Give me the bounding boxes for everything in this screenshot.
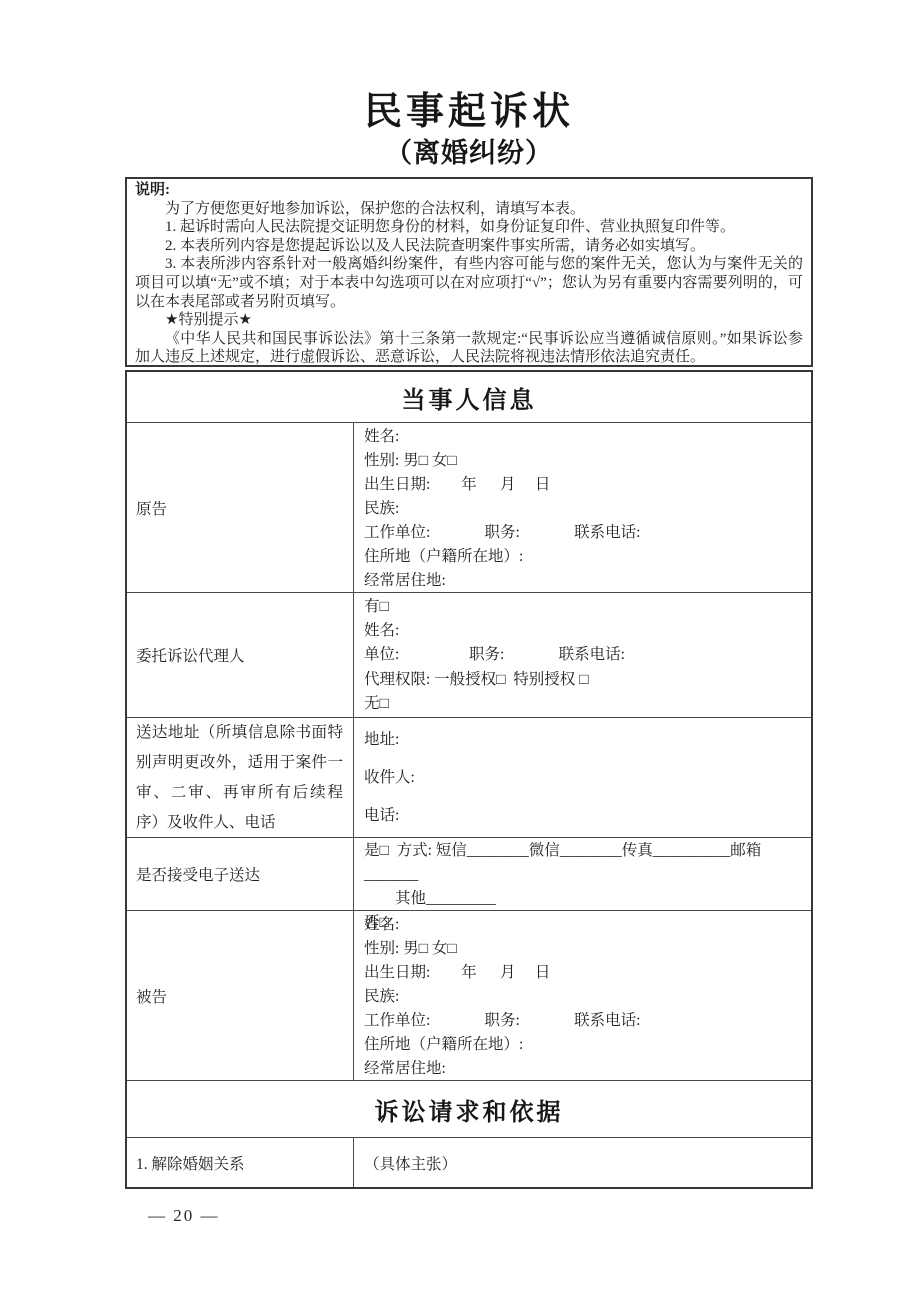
service-address-fields: 地址: 收件人: 电话: (354, 718, 811, 837)
claim-1-fields: （具体主张） (354, 1138, 811, 1187)
instructions-heading: 说明: (135, 181, 803, 200)
instructions-paragraph: 3. 本表所涉内容系针对一般离婚纠纷案件，有些内容可能与您的案件无关，您认为与案… (135, 255, 803, 311)
party-info-section-header: 当事人信息 (127, 372, 811, 422)
defendant-label: 被告 (127, 911, 354, 1080)
agent-row: 委托诉讼代理人 有□ 姓名: 单位: 职务: 联系电话: 代理权限: 一般授权□… (127, 592, 811, 717)
defendant-birthdate-line: 出生日期: 年 月 日 (364, 961, 805, 985)
plaintiff-domicile-line: 住所地（户籍所在地）: (364, 545, 805, 569)
plaintiff-residence-line: 经常居住地: (364, 569, 805, 593)
defendant-residence-line: 经常居住地: (364, 1057, 805, 1081)
electronic-service-label: 是否接受电子送达 (127, 838, 354, 910)
defendant-employer-line: 工作单位: 职务: 联系电话: (364, 1009, 805, 1033)
plaintiff-name-line: 姓名: (364, 425, 805, 449)
defendant-name-line: 姓名: (364, 913, 805, 937)
service-address-label: 送达地址（所填信息除书面特别声明更改外，适用于案件一审、二审、再审所有后续程序）… (127, 718, 354, 837)
service-phone-line: 电话: (364, 797, 805, 835)
claim-1-detail-line: （具体主张） (364, 1152, 457, 1174)
agent-has-checkbox-line: 有□ (364, 595, 805, 619)
special-notice-heading: ★特别提示★ (135, 311, 803, 330)
agent-name-line: 姓名: (364, 619, 805, 643)
plaintiff-label: 原告 (127, 423, 354, 592)
defendant-row: 被告 姓名: 性别: 男□ 女□ 出生日期: 年 月 日 民族: 工作单位: 职… (127, 910, 811, 1080)
agent-none-checkbox-line: 无□ (364, 692, 805, 716)
agent-authority-line: 代理权限: 一般授权□ 特别授权 □ (364, 668, 805, 692)
agent-label: 委托诉讼代理人 (127, 593, 354, 717)
defendant-fields: 姓名: 性别: 男□ 女□ 出生日期: 年 月 日 民族: 工作单位: 职务: … (354, 911, 811, 1080)
plaintiff-fields: 姓名: 性别: 男□ 女□ 出生日期: 年 月 日 民族: 工作单位: 职务: … (354, 423, 811, 592)
electronic-service-row: 是否接受电子送达 是□ 方式: 短信________微信________传真__… (127, 837, 811, 910)
agent-employer-line: 单位: 职务: 联系电话: (364, 643, 805, 667)
plaintiff-birthdate-line: 出生日期: 年 月 日 (364, 473, 805, 497)
scanned-form-page: 民事起诉状 （离婚纠纷） 说明: 为了方便您更好地参加诉讼，保护您的合法权利，请… (0, 0, 899, 1305)
instructions-paragraph: 1. 起诉时需向人民法院提交证明您身份的材料，如身份证复印件、营业执照复印件等。 (135, 218, 803, 237)
document-subtitle: （离婚纠纷） (125, 136, 813, 170)
plaintiff-gender-line: 性别: 男□ 女□ (364, 449, 805, 473)
claim-1-row: 1. 解除婚姻关系 （具体主张） (127, 1137, 811, 1187)
claims-section-header: 诉讼请求和依据 (127, 1080, 811, 1137)
electronic-service-fields: 是□ 方式: 短信________微信________传真__________邮… (354, 838, 811, 910)
defendant-domicile-line: 住所地（户籍所在地）: (364, 1033, 805, 1057)
instructions-paragraph: 2. 本表所列内容是您提起诉讼以及人民法院查明案件事实所需，请务必如实填写。 (135, 237, 803, 256)
plaintiff-row: 原告 姓名: 性别: 男□ 女□ 出生日期: 年 月 日 民族: 工作单位: 职… (127, 422, 811, 592)
eservice-other-line: 其他_________ (364, 887, 805, 911)
service-address-line: 地址: (364, 721, 805, 759)
agent-fields: 有□ 姓名: 单位: 职务: 联系电话: 代理权限: 一般授权□ 特别授权 □ … (354, 593, 811, 717)
eservice-yes-methods-line: 是□ 方式: 短信________微信________传真__________邮… (364, 839, 805, 887)
plaintiff-ethnicity-line: 民族: (364, 497, 805, 521)
service-address-row: 送达地址（所填信息除书面特别声明更改外，适用于案件一审、二审、再审所有后续程序）… (127, 717, 811, 837)
claim-1-label: 1. 解除婚姻关系 (127, 1138, 354, 1187)
page-number: — 20 — (148, 1206, 220, 1226)
defendant-gender-line: 性别: 男□ 女□ (364, 937, 805, 961)
special-notice-paragraph: 《中华人民共和国民事诉讼法》第十三条第一款规定:“民事诉讼应当遵循诚信原则。”如… (135, 330, 803, 367)
complaint-form-table: 当事人信息 原告 姓名: 性别: 男□ 女□ 出生日期: 年 月 日 民族: 工… (125, 370, 813, 1189)
document-title: 民事起诉状 (125, 90, 813, 134)
defendant-ethnicity-line: 民族: (364, 985, 805, 1009)
instructions-box: 说明: 为了方便您更好地参加诉讼，保护您的合法权利，请填写本表。 1. 起诉时需… (125, 177, 813, 367)
plaintiff-employer-line: 工作单位: 职务: 联系电话: (364, 521, 805, 545)
instructions-paragraph: 为了方便您更好地参加诉讼，保护您的合法权利，请填写本表。 (135, 200, 803, 219)
service-recipient-line: 收件人: (364, 759, 805, 797)
